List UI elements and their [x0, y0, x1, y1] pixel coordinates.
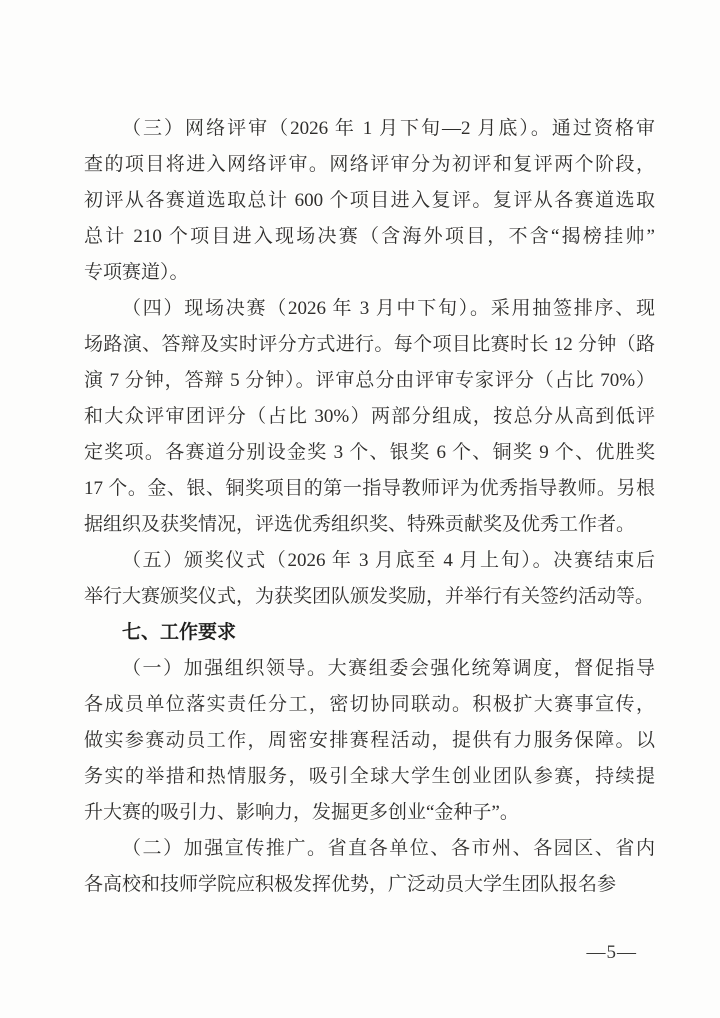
text-line: 总计 210 个项目进入现场决赛（含海外项目，不含“揭榜挂帅” [84, 219, 655, 255]
text-line: 场路演、答辩及实时评分方式进行。每个项目比赛时长 12 分钟（路 [84, 327, 655, 363]
text-line: （一）加强组织领导。大赛组委会强化统筹调度，督促指导 [84, 651, 655, 687]
text-line: 演 7 分钟，答辩 5 分钟）。评审总分由评审专家评分（占比 70%） [84, 363, 655, 399]
text-line: 举行大赛颁奖仪式，为获奖团队颁发奖励，并举行有关签约活动等。 [84, 579, 655, 615]
text-line: 升大赛的吸引力、影响力，发掘更多创业“金种子”。 [84, 795, 655, 831]
text-line: 务实的举措和热情服务，吸引全球大学生创业团队参赛，持续提 [84, 759, 655, 795]
text-line: （四）现场决赛（2026 年 3 月中下旬）。采用抽签排序、现 [84, 291, 655, 327]
text-line: （五）颁奖仪式（2026 年 3 月底至 4 月上旬）。决赛结束后 [84, 543, 655, 579]
para-award-ceremony: （五）颁奖仪式（2026 年 3 月底至 4 月上旬）。决赛结束后举行大赛颁奖仪… [84, 543, 655, 615]
heading-work-requirements: 七、工作要求 [84, 615, 655, 651]
text-line: 和大众评审团评分（占比 30%）两部分组成，按总分从高到低评 [84, 399, 655, 435]
page-number: —5— [587, 941, 638, 965]
para-strengthen-promotion: （二）加强宣传推广。省直各单位、各市州、各园区、省内各高校和技师学院应积极发挥优… [84, 831, 655, 903]
text-line: 各成员单位落实责任分工，密切协同联动。积极扩大赛事宣传， [84, 687, 655, 723]
text-line: （三）网络评审（2026 年 1 月下旬—2 月底）。通过资格审 [84, 111, 655, 147]
text-line: 做实参赛动员工作，周密安排赛程活动，提供有力服务保障。以 [84, 723, 655, 759]
para-strengthen-organization: （一）加强组织领导。大赛组委会强化统筹调度，督促指导各成员单位落实责任分工，密切… [84, 651, 655, 831]
text-line: 定奖项。各赛道分别设金奖 3 个、银奖 6 个、铜奖 9 个、优胜奖 [84, 435, 655, 471]
para-onsite-final: （四）现场决赛（2026 年 3 月中下旬）。采用抽签排序、现场路演、答辩及实时… [84, 291, 655, 543]
text-line: 各高校和技师学院应积极发挥优势，广泛动员大学生团队报名参 [84, 867, 655, 903]
text-line: 专项赛道）。 [84, 255, 655, 291]
para-network-review: （三）网络评审（2026 年 1 月下旬—2 月底）。通过资格审查的项目将进入网… [84, 111, 655, 291]
text-line: 据组织及获奖情况，评选优秀组织奖、特殊贡献奖及优秀工作者。 [84, 507, 655, 543]
text-line: 查的项目将进入网络评审。网络评审分为初评和复评两个阶段， [84, 147, 655, 183]
document-body: （三）网络评审（2026 年 1 月下旬—2 月底）。通过资格审查的项目将进入网… [84, 111, 655, 903]
text-line: 七、工作要求 [84, 615, 655, 651]
text-line: （二）加强宣传推广。省直各单位、各市州、各园区、省内 [84, 831, 655, 867]
text-line: 初评从各赛道选取总计 600 个项目进入复评。复评从各赛道选取 [84, 183, 655, 219]
text-line: 17 个。金、银、铜奖项目的第一指导教师评为优秀指导教师。另根 [84, 471, 655, 507]
scanned-document-page: （三）网络评审（2026 年 1 月下旬—2 月底）。通过资格审查的项目将进入网… [0, 0, 720, 1018]
